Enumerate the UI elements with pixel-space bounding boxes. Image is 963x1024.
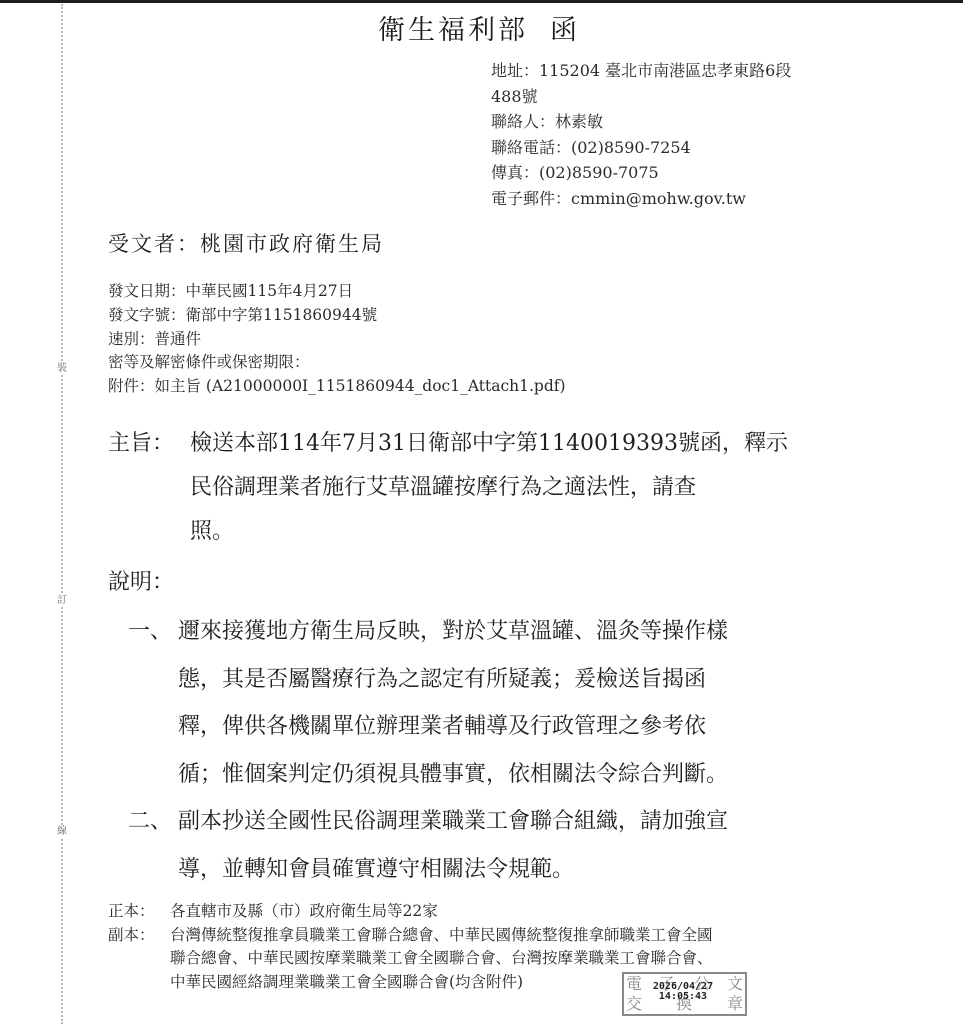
recipient: 受文者：桃園市政府衛生局 bbox=[108, 228, 384, 258]
binding-mark-xian: 線 bbox=[55, 826, 69, 838]
document-title: 衛生福利部函 bbox=[378, 8, 580, 47]
meta-block: 發文日期：中華民國115年4月27日 發文字號：衛部中字第1151860944號… bbox=[108, 280, 566, 399]
binding-mark-ding: 訂 bbox=[55, 595, 69, 607]
speed-class: 速別：普通件 bbox=[108, 328, 566, 352]
copy-line-2: 聯合總會、中華民國按摩業職業工會全國聯合會、台灣按摩業職業工會聯合會、 bbox=[108, 947, 713, 971]
item-1-line-2: 態，其是否屬醫療行為之認定有所疑義；爰檢送旨揭函 bbox=[128, 656, 728, 704]
binding-dotted-line bbox=[61, 4, 63, 1024]
stamp-char: 電 bbox=[626, 975, 642, 993]
item-1-line-1: 邇來接獲地方衛生局反映，對於艾草溫罐、溫灸等操作樣 bbox=[178, 619, 728, 644]
top-edge-bar bbox=[0, 0, 963, 3]
stamp-time: 14:05:43 bbox=[648, 992, 718, 1002]
contact-block: 地址：115204 臺北市南港區忠孝東路6段 488號 聯絡人：林素敏 聯絡電話… bbox=[491, 58, 791, 211]
address-line-1: 地址：115204 臺北市南港區忠孝東路6段 bbox=[491, 58, 791, 84]
original-recipients: 各直轄市及縣（市）政府衛生局等22家 bbox=[170, 902, 438, 920]
subject-line-2: 民俗調理業者施行艾草溫罐按摩行為之適法性，請查 bbox=[108, 466, 788, 510]
copy-line-1: 台灣傳統整復推拿員職業工會聯合總會、中華民國傳統整復推拿師職業工會全國 bbox=[170, 926, 713, 944]
item-1-line-4: 循；惟個案判定仍須視具體事實，依相關法令綜合判斷。 bbox=[128, 751, 728, 799]
contact-fax: 傳真：(02)8590-7075 bbox=[491, 160, 791, 186]
stamp-char: 章 bbox=[727, 995, 743, 1013]
subject-section: 主旨：檢送本部114年7月31日衛部中字第1140019393號函，釋示 民俗調… bbox=[108, 422, 788, 554]
subject-line-1: 檢送本部114年7月31日衛部中字第1140019393號函，釋示 bbox=[190, 431, 788, 456]
stamp-char: 交 bbox=[626, 995, 642, 1013]
classification: 密等及解密條件或保密期限： bbox=[108, 351, 566, 375]
original-label: 正本： bbox=[108, 900, 170, 924]
item-number: 一、 bbox=[128, 608, 178, 656]
contact-person: 聯絡人：林素敏 bbox=[491, 109, 791, 135]
agency-name: 衛生福利部 bbox=[378, 15, 528, 46]
issue-date: 發文日期：中華民國115年4月27日 bbox=[108, 280, 566, 304]
document-number: 發文字號：衛部中字第1151860944號 bbox=[108, 304, 566, 328]
contact-phone: 聯絡電話：(02)8590-7254 bbox=[491, 135, 791, 161]
attachment-link[interactable]: 附件：如主旨 (A21000000I_1151860944_doc1_Attac… bbox=[108, 375, 566, 399]
electronic-exchange-stamp: 電 子 公 文 交 換 章 2026/04/27 14:05:43 bbox=[622, 972, 747, 1016]
item-1-line-3: 釋，俾供各機關單位辦理業者輔導及行政管理之參考依 bbox=[128, 703, 728, 751]
contact-email: 電子郵件：cmmin@mohw.gov.tw bbox=[491, 186, 791, 212]
explanation-heading: 說明： bbox=[108, 565, 174, 596]
document-type: 函 bbox=[550, 15, 580, 46]
item-2-line-2: 導，並轉知會員確實遵守相關法令規範。 bbox=[128, 846, 728, 894]
item-2-line-1: 副本抄送全國性民俗調理業職業工會聯合組織，請加強宣 bbox=[178, 809, 728, 834]
address-line-2: 488號 bbox=[491, 84, 791, 110]
stamp-char: 文 bbox=[727, 975, 743, 993]
stamp-timestamp: 2026/04/27 14:05:43 bbox=[648, 982, 718, 1002]
subject-line-3: 照。 bbox=[108, 510, 788, 554]
copy-label: 副本： bbox=[108, 924, 170, 948]
explanation-section: 一、邇來接獲地方衛生局反映，對於艾草溫罐、溫灸等操作樣 態，其是否屬醫療行為之認… bbox=[128, 608, 728, 893]
subject-label: 主旨： bbox=[108, 422, 190, 466]
item-number: 二、 bbox=[128, 798, 178, 846]
binding-mark-zhuang: 裝 bbox=[55, 363, 69, 375]
